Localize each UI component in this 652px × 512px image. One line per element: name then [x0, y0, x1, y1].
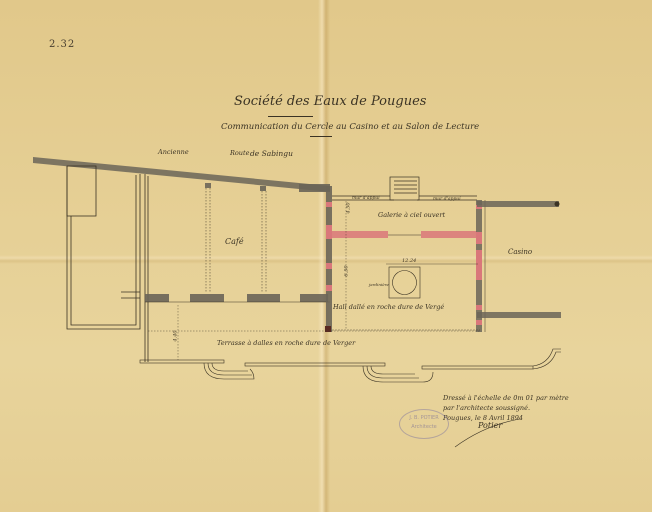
drawing-subtitle: Communication du Cercle au Casino et au … [221, 122, 479, 132]
annotation-line-1: Dressé à l'échelle de 0m 01 par mètre [443, 393, 569, 403]
dimension-lines [148, 201, 480, 360]
annotation-line-2: par l'architecte soussigné. [443, 403, 569, 413]
hall-fountain [389, 267, 420, 298]
dimension-terrasse-depth: 4.40 [173, 330, 179, 341]
scale-annotation: Dressé à l'échelle de 0m 01 par mètre pa… [443, 393, 569, 423]
label-mur-appui-left: mur d'appui [352, 196, 380, 201]
label-terrasse: Terrasse à dalles en roche dure de Verge… [217, 339, 355, 347]
label-road-route: Route [230, 149, 249, 157]
dimension-hall-width: 12.24 [402, 258, 416, 264]
galerie-south-wall [332, 231, 477, 238]
drawing-title: Société des Eaux de Pougues [234, 94, 426, 109]
stamp-name: J. B. POTIER [400, 414, 448, 423]
reference-number: 2.32 [49, 39, 75, 50]
left-annex [67, 166, 148, 362]
casino-top-wall [477, 201, 559, 207]
annotation-line-3: Pougues, le 8 Avril 1894 [443, 413, 569, 423]
subtitle-underline [310, 136, 332, 137]
label-road-name: de Sabingu [250, 149, 293, 158]
terrace-edge [140, 349, 561, 382]
dimension-galerie-depth: 4.50 [346, 202, 352, 213]
floor-plan [0, 0, 652, 512]
stamp-title: Architecte [400, 423, 448, 432]
drawing-sheet: 2.32 Société des Eaux de Pougues Communi… [0, 0, 652, 512]
dimension-hall-depth: 6.50 [344, 265, 350, 276]
road-wall [33, 157, 330, 192]
label-fountain: jardinière [369, 282, 389, 287]
label-galerie: Galerie à ciel ouvert [378, 211, 445, 219]
central-wall [326, 186, 332, 332]
label-cafe: Café [225, 237, 244, 246]
label-casino: Casino [508, 248, 532, 256]
label-mur-appui-right: mur d'appui [433, 197, 461, 202]
architect-stamp: J. B. POTIER Architecte [399, 409, 449, 439]
title-underline [268, 116, 313, 117]
architect-signature: Potier [478, 421, 502, 430]
label-hall: Hall dallé en roche dure de Vergé [333, 303, 444, 311]
label-road-ancienne: Ancienne [158, 148, 189, 156]
casino-bottom-wall [477, 312, 561, 318]
